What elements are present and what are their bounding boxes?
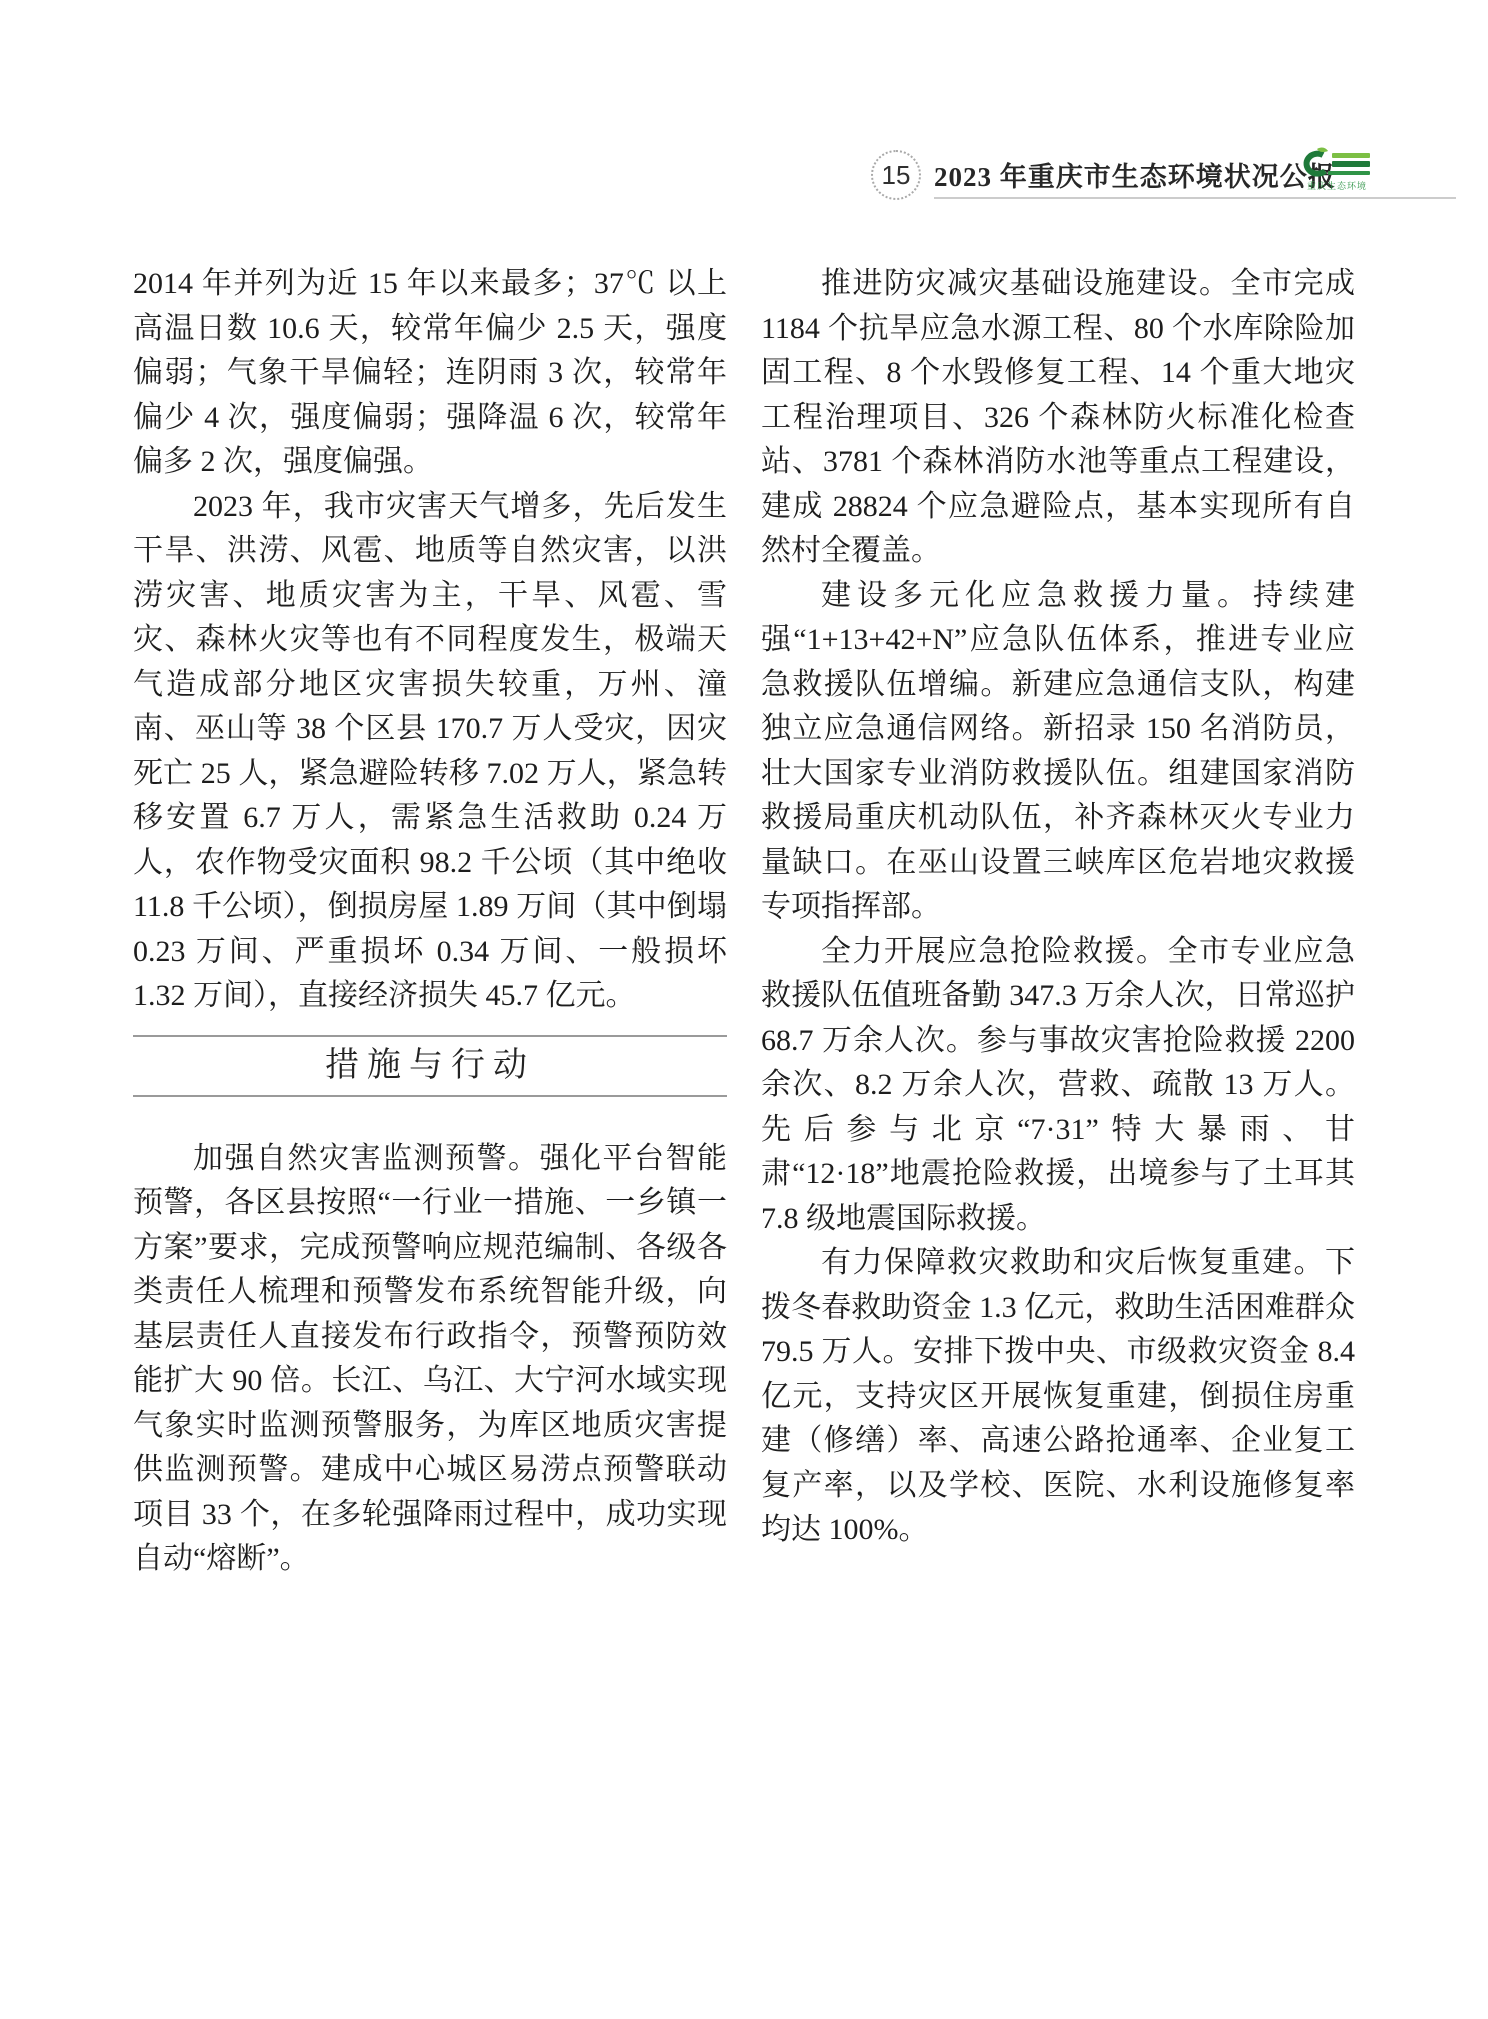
paragraph: 推进防灾减灾基础设施建设。全市完成 1184 个抗旱应急水源工程、80 个水库除…: [761, 262, 1355, 574]
paragraph: 全力开展应急抢险救援。全市专业应急救援队伍值班备勤 347.3 万余人次，日常巡…: [761, 930, 1355, 1242]
eco-logo-icon: [1300, 146, 1374, 178]
right-column: 推进防灾减灾基础设施建设。全市完成 1184 个抗旱应急水源工程、80 个水库除…: [761, 262, 1355, 1553]
header-divider: [934, 197, 1456, 199]
page-number: 15: [882, 160, 911, 191]
paragraph: 2014 年并列为近 15 年以来最多；37℃ 以上高温日数 10.6 天，较常…: [133, 262, 727, 485]
paragraph: 有力保障救灾救助和灾后恢复重建。下拨冬春救助资金 1.3 亿元，救助生活困难群众…: [761, 1241, 1355, 1553]
page-number-badge: 15: [871, 150, 921, 200]
paragraph: 加强自然灾害监测预警。强化平台智能预警，各区县按照“一行业一措施、一乡镇一方案”…: [133, 1137, 727, 1582]
eco-logo: 重庆生态环境: [1300, 146, 1374, 192]
paragraph: 2023 年，我市灾害天气增多，先后发生干旱、洪涝、风雹、地质等自然灾害，以洪涝…: [133, 485, 727, 1019]
document-page: 15 2023 年重庆市生态环境状况公报 重庆生态环境 2014 年并列为近 1…: [0, 0, 1488, 2019]
eco-logo-caption: 重庆生态环境: [1300, 179, 1374, 192]
left-column: 2014 年并列为近 15 年以来最多；37℃ 以上高温日数 10.6 天，较常…: [133, 262, 727, 1582]
section-heading-block: 措施与行动: [133, 1035, 727, 1097]
section-heading: 措施与行动: [133, 1043, 727, 1089]
header-title: 2023 年重庆市生态环境状况公报: [934, 155, 1336, 194]
paragraph: 建设多元化应急救援力量。持续建强“1+13+42+N”应急队伍体系，推进专业应急…: [761, 574, 1355, 930]
